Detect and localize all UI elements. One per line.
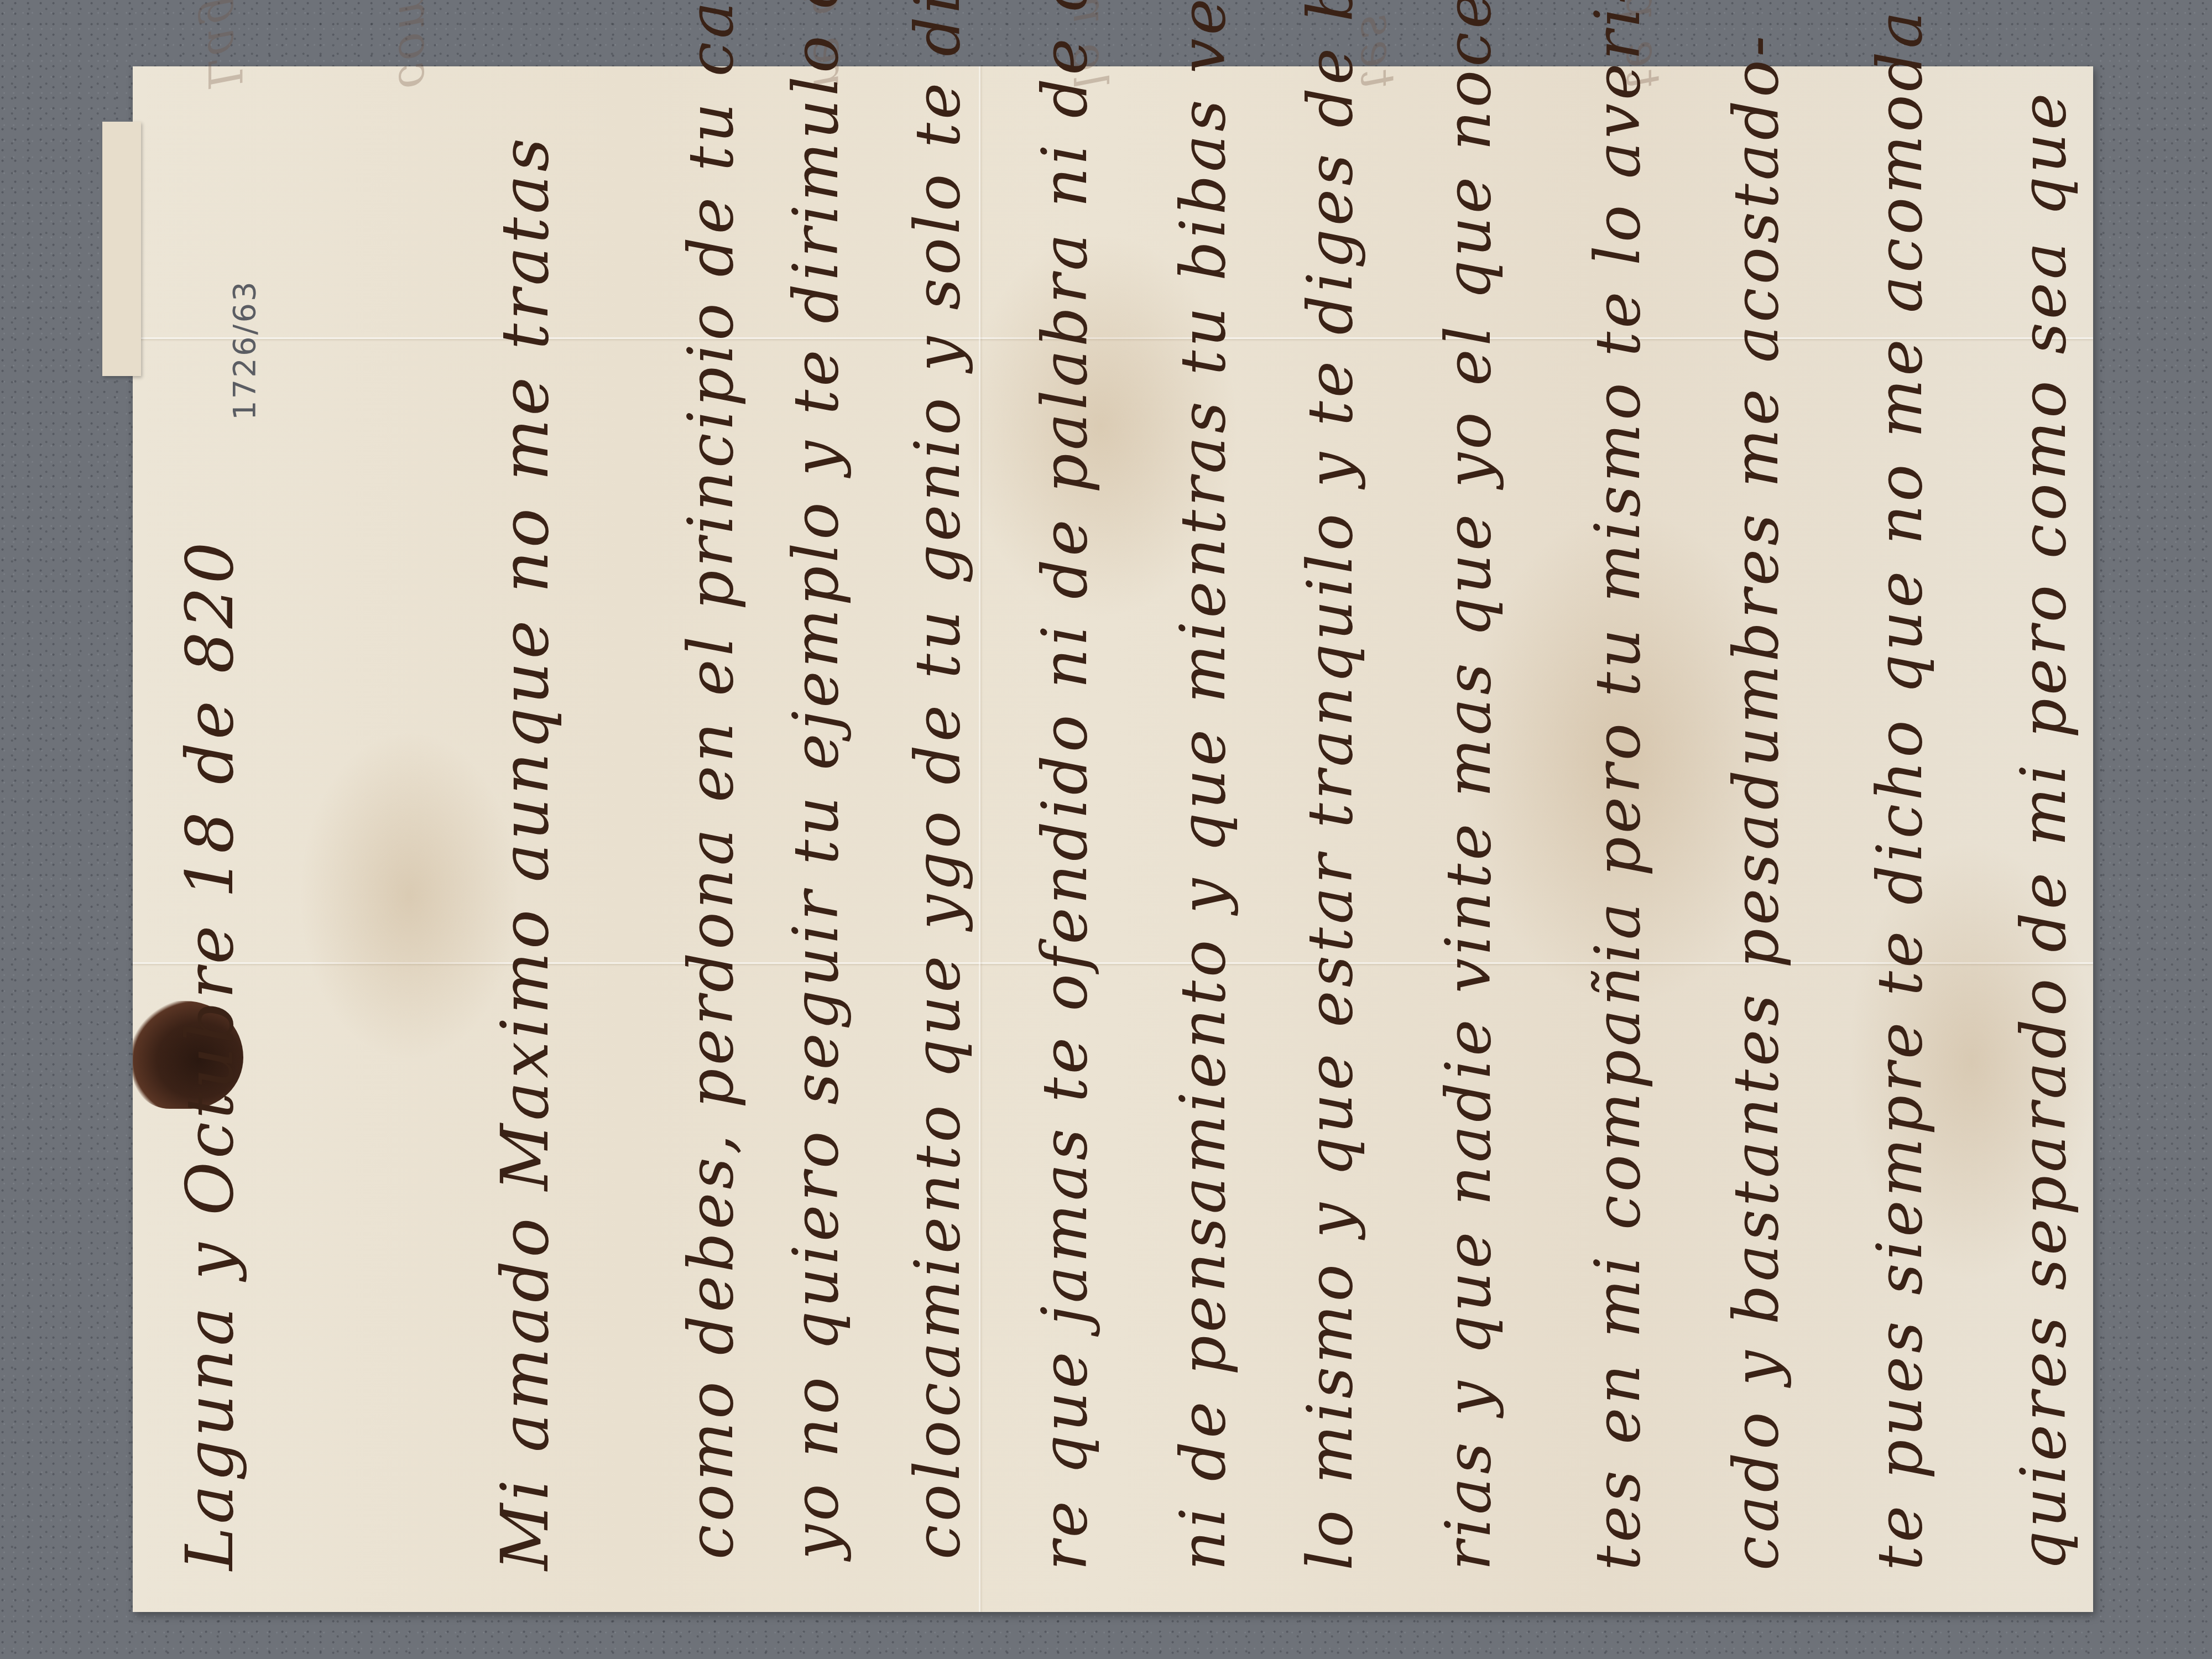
letter-line: rias y que nadie vinte mas que yo el que… bbox=[1438, 0, 1500, 1571]
letter-line-date: Laguna y Octubre 18 de 820 bbox=[177, 539, 242, 1571]
letter-line: colocamiento que ygo de tu genio y solo … bbox=[907, 0, 969, 1559]
letter-line: lo mismo y que estar tranquilo y te dige… bbox=[1300, 0, 1361, 1571]
letter-sheet: Laguna y Octubre 18 de 820 como debes, p… bbox=[133, 66, 2093, 1612]
bleed-through-text: como debes, perdona en el principio de t… bbox=[388, 0, 442, 88]
bleed-through-text: Laguna y Octubre 18 de 820 bbox=[197, 0, 252, 88]
letter-line: quieres separado de mi pero como sea que bbox=[2013, 90, 2075, 1571]
letter-line: re que jamas te ofendido ni de palabra n… bbox=[1034, 0, 1096, 1571]
letter-line: yo no quiero seguir tu ejemplo y te diri… bbox=[785, 0, 847, 1559]
fold-crease-vertical bbox=[979, 66, 980, 1612]
letter-line: cado y bastantes pesadumbres me acostado… bbox=[1725, 33, 1787, 1571]
letter-line: como debes, perdona en el principio de t… bbox=[680, 0, 742, 1559]
letter-line: tes en mi compañia pero tu mismo te lo a… bbox=[1587, 0, 1649, 1571]
catalog-number-pencil: 1726/63 bbox=[227, 280, 263, 420]
letter-line: ni de pensamiento y que mientras tu biba… bbox=[1172, 0, 1234, 1571]
letter-line-salutation: Mi amado Maximo aunque no me tratas bbox=[492, 135, 557, 1571]
letter-line: te pues siempre te dicho que no me acomo… bbox=[1869, 8, 1931, 1571]
paper-flap bbox=[102, 122, 141, 376]
